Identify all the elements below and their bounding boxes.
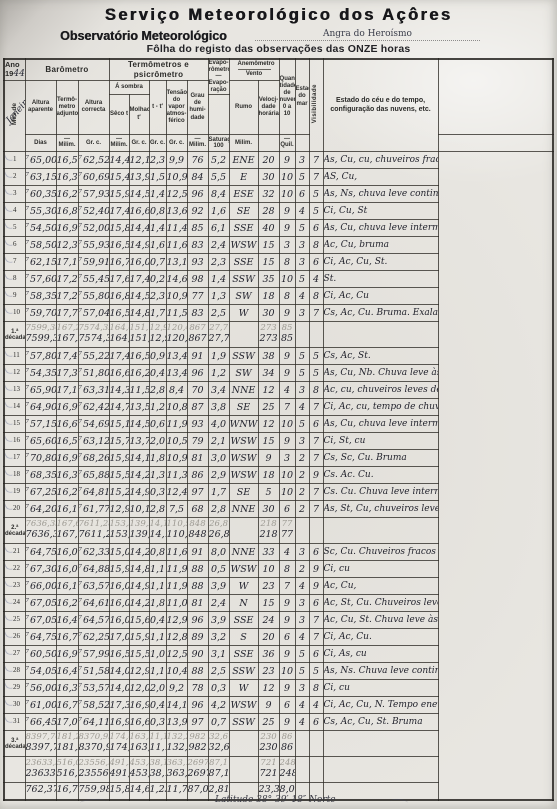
cell-visibilidade: 5 xyxy=(309,186,323,203)
cell-termometro-seco: 14,3 xyxy=(109,382,129,399)
cell-altura-correcta: 755,80 xyxy=(78,288,109,305)
summary-row: 3.ª década8397,708397,70181,2181,28370,9… xyxy=(4,731,553,757)
cell-observacoes: Ac, Cu, St. Chuva leve às 9 h 20 m. xyxy=(323,612,438,629)
cell-tensao-vapor: 12,5 xyxy=(166,186,187,203)
hundreds-digit: 7 xyxy=(26,351,30,357)
cell-altura-aparente: 763,15 xyxy=(25,169,56,186)
cell-rumo-vento xyxy=(229,731,258,757)
cell-observacoes: Cs. Ac. Cu. xyxy=(323,467,438,484)
cell-termometro-adjunto: 16,3 xyxy=(56,169,78,186)
cell-observacoes: Sc, Cu. Chuveiros fracos de chuva. Arco-… xyxy=(323,544,438,561)
cell-estado-mar: 4 xyxy=(295,288,309,305)
cell-observacoes: Ac, Cu, xyxy=(323,578,438,595)
day-cell: 25 xyxy=(4,612,25,629)
day-number: 10 xyxy=(13,308,20,316)
cell-observacoes xyxy=(323,731,438,757)
hundreds-digit: 7 xyxy=(79,419,83,425)
table-row: 17770,8016,9768,2615,914,11,810,9813,0WS… xyxy=(4,450,553,467)
cell-altura-correcta: 755,22 xyxy=(78,348,109,365)
cell-visibilidade: 9 xyxy=(309,467,323,484)
margin-scribble-mark xyxy=(4,561,13,572)
cell-quantidade-nuvens: 9 xyxy=(279,646,295,663)
cell-tensao-vapor: 11,5 xyxy=(166,305,187,322)
wind-direction-header: Rumo xyxy=(229,80,258,134)
cell-altura-aparente: 7599,307599,30 xyxy=(25,322,56,348)
cell-altura-aparente: 765,60 xyxy=(25,433,56,450)
ink-value: 163,5 xyxy=(130,743,149,754)
cell-quantidade-nuvens: 8585 xyxy=(279,322,295,348)
hundreds-digit: 7 xyxy=(26,206,30,212)
table-row: 4755,3016,8752,4017,416,60,813,6921,6SE2… xyxy=(4,203,553,220)
hundreds-digit: 7 xyxy=(26,453,30,459)
cell-altura-correcta: 757,93 xyxy=(78,186,109,203)
day-number: 29 xyxy=(13,683,20,691)
cell-quantidade-nuvens: 9 xyxy=(279,305,295,322)
hundreds-digit: 7 xyxy=(79,453,83,459)
margin-scribble-mark xyxy=(4,578,13,589)
cell-altura-correcta: 754,69 xyxy=(78,416,109,433)
cell-termometro-molhado: 139,2139,2 xyxy=(129,518,149,544)
cell-observacoes: Cs, Ac, Cu. Bruma. Exalações depois das … xyxy=(323,305,438,322)
cell-tensao-vapor: 8,4 xyxy=(166,382,187,399)
hundreds-digit: 7 xyxy=(79,436,83,442)
cell-termometro-molhado: 14,2 xyxy=(129,544,149,561)
cell-tensao-vapor: 363,1363,1 xyxy=(166,757,187,783)
table-row: 15757,1516,6754,6915,114,50,611,9934,0WN… xyxy=(4,416,553,433)
table-body: 1765,0016,5762,5214,412,12,39,9765,2ENE2… xyxy=(4,152,553,800)
day-cell: 30 xyxy=(4,697,25,714)
cell-altura-aparente: 767,25 xyxy=(25,484,56,501)
hundreds-digit: 7 xyxy=(26,240,30,246)
day-cell: 5 xyxy=(4,220,25,237)
day-cell: 20 xyxy=(4,501,25,518)
cell-quantidade-nuvens: 8 xyxy=(279,561,295,578)
cell-altura-correcta: 764,81 xyxy=(78,484,109,501)
margin-scribble-mark xyxy=(4,203,13,214)
cell-grau-humidade: 96 xyxy=(187,697,208,714)
cell-altura-aparente: 760,35 xyxy=(25,186,56,203)
ink-value: 77 xyxy=(280,530,295,541)
cell-altura-aparente: 8397,708397,70 xyxy=(25,731,56,757)
day-cell: 31 xyxy=(4,714,25,731)
cell-t-menos-t: 0,8 xyxy=(149,203,166,220)
humidity-degree-header: Grau de humi- dade xyxy=(187,80,208,134)
cell-altura-correcta: 752,00 xyxy=(78,220,109,237)
cell-termometro-adjunto: 16,4 xyxy=(56,663,78,680)
cell-estado-mar: 3 xyxy=(295,612,309,629)
cell-velocidade-vento: 25 xyxy=(258,399,279,416)
cell-quantidade-nuvens: 7 xyxy=(279,578,295,595)
ink-value: 11,1 xyxy=(150,743,166,754)
unit-milim-2: —Milim. xyxy=(109,135,129,152)
cell-rumo-vento: SSW xyxy=(229,663,258,680)
cell-evaporacao: 26,826,8 xyxy=(208,518,229,544)
cell-estado-mar: 3 xyxy=(295,680,309,697)
cell-grau-humidade: 97 xyxy=(187,714,208,731)
day-cell: 24 xyxy=(4,595,25,612)
margin-scribble-mark xyxy=(4,544,13,555)
cell-termometro-seco: 17,3 xyxy=(109,697,129,714)
cell-velocidade-vento: 30 xyxy=(258,305,279,322)
cell-quantidade-nuvens: 7 xyxy=(279,399,295,416)
cell-estado-mar: 2 xyxy=(295,501,309,518)
cell-quantidade-nuvens: 6 xyxy=(279,501,295,518)
day-cell: 6 xyxy=(4,237,25,254)
cell-evaporacao: 2,9 xyxy=(208,467,229,484)
ink-value: 132,2 xyxy=(167,743,187,754)
cell-t-menos-t: 1,3 xyxy=(149,467,166,484)
cell-altura-correcta: 758,52 xyxy=(78,697,109,714)
cell-evaporacao: 3,4 xyxy=(208,382,229,399)
cell-altura-correcta: 752,40 xyxy=(78,203,109,220)
cell-evaporacao: 3,0 xyxy=(208,450,229,467)
hundreds-digit: 7 xyxy=(26,385,30,391)
cell-rumo-vento: WSW xyxy=(229,467,258,484)
cell-velocidade-vento: 15 xyxy=(258,433,279,450)
cell-observacoes: As, Cu, Nb. Chuva leve às 8 horas xyxy=(323,365,438,382)
hundreds-digit: 7 xyxy=(26,700,30,706)
cell-altura-aparente: 767,30 xyxy=(25,561,56,578)
cell-rumo-vento: SSW xyxy=(229,271,258,288)
cell-termometro-seco: 16,5 xyxy=(109,305,129,322)
cell-termometro-adjunto: 17,4 xyxy=(56,348,78,365)
cell-visibilidade: 8 xyxy=(309,680,323,697)
cell-altura-aparente: 7636,357636,35 xyxy=(25,518,56,544)
cell-altura-correcta: 764,88 xyxy=(78,561,109,578)
cell-estado-mar: 4 xyxy=(295,714,309,731)
cell-grau-humidade: 88 xyxy=(187,663,208,680)
hundreds-digit: 7 xyxy=(79,223,83,229)
cell-termometro-adjunto: 17,2 xyxy=(56,271,78,288)
cell-estado-mar: 3 xyxy=(295,382,309,399)
cell-quantidade-nuvens: 9 xyxy=(279,152,295,169)
hundreds-digit: 7 xyxy=(79,470,83,476)
hundreds-digit: 7 xyxy=(79,717,83,723)
cell-evaporacao: 5,5 xyxy=(208,169,229,186)
cell-evaporacao: 8,0 xyxy=(208,544,229,561)
cell-evaporacao: 3,9 xyxy=(208,578,229,595)
cell-tensao-vapor: 13,9 xyxy=(166,714,187,731)
cell-termometro-seco: 16,7 xyxy=(109,254,129,271)
cell-t-menos-t: 0,3 xyxy=(149,484,166,501)
hundreds-digit: 7 xyxy=(79,547,83,553)
cell-altura-aparente: 765,90 xyxy=(25,382,56,399)
cell-rumo-vento: SE xyxy=(229,484,258,501)
margin-scribble-mark xyxy=(4,450,13,461)
hundreds-digit: 7 xyxy=(79,683,83,689)
day-number: 5 xyxy=(13,223,17,231)
cell-altura-correcta: 755,93 xyxy=(78,237,109,254)
cell-observacoes: As, Cu, chuva leve intermitente xyxy=(323,220,438,237)
unit-milim-1: —Milim. xyxy=(56,135,78,152)
cell-t-menos-t: 1,7 xyxy=(149,305,166,322)
cell-velocidade-vento: 9 xyxy=(258,697,279,714)
cell-visibilidade: 7 xyxy=(309,484,323,501)
table-row: 28754,0516,4751,5814,012,91,110,4882,5SS… xyxy=(4,663,553,680)
cell-tensao-vapor: 12,4 xyxy=(166,484,187,501)
cell-grau-humidade: 88 xyxy=(187,561,208,578)
cell-termometro-adjunto: 167,6167,6 xyxy=(56,518,78,544)
cell-termometro-adjunto: 16,2 xyxy=(56,484,78,501)
table-row: 30761,0016,7758,5217,316,90,414,1964,2WS… xyxy=(4,697,553,714)
table-row: 6758,5012,3755,9316,514,91,611,6832,4WSW… xyxy=(4,237,553,254)
cell-termometro-adjunto: 16,9 xyxy=(56,450,78,467)
cell-evaporacao: 87,187,1 xyxy=(208,757,229,783)
day-cell: 10 xyxy=(4,305,25,322)
cell-velocidade-vento: 34 xyxy=(258,365,279,382)
cell-quantidade-nuvens: 3 xyxy=(279,450,295,467)
day-number: 28 xyxy=(13,666,20,674)
hundreds-digit: 7 xyxy=(26,615,30,621)
margin-scribble-mark xyxy=(4,254,13,265)
ink-value: 7574,32 xyxy=(79,334,109,345)
cell-velocidade-vento: 30 xyxy=(258,501,279,518)
cell-evaporacao: 2,8 xyxy=(208,501,229,518)
cell-altura-aparente: 754,05 xyxy=(25,663,56,680)
day-cell: 23 xyxy=(4,578,25,595)
cell-rumo-vento: ESE xyxy=(229,186,258,203)
cell-tensao-vapor: 10,8 xyxy=(166,399,187,416)
cell-termometro-molhado: 15,6 xyxy=(129,612,149,629)
cell-tensao-vapor: 132,2132,2 xyxy=(166,731,187,757)
cell-t-menos-t: 1,1 xyxy=(149,578,166,595)
margin-scribble-mark xyxy=(4,433,13,444)
cell-altura-correcta: 8370,958370,95 xyxy=(78,731,109,757)
summary-row: 2.ª década7636,357636,35167,6167,67611,2… xyxy=(4,518,553,544)
unit-grc-3: Gr. c. xyxy=(149,135,166,152)
cell-termometro-adjunto: 16,9 xyxy=(56,220,78,237)
cell-termometro-molhado: 14,9 xyxy=(129,237,149,254)
cell-termometro-adjunto: 16,0 xyxy=(56,561,78,578)
latitude-note: Latitude 38° 39′ 18″ Norte xyxy=(215,795,336,805)
margin-scribble-mark xyxy=(4,680,13,691)
hundreds-digit: 7 xyxy=(26,436,30,442)
cell-quantidade-nuvens: 10 xyxy=(279,169,295,186)
cell-observacoes: Ci, Ac, Cu xyxy=(323,288,438,305)
cell-grau-humidade: 86 xyxy=(187,467,208,484)
cell-quantidade-nuvens: 8686 xyxy=(279,731,295,757)
cell-altura-correcta: 759,91 xyxy=(78,254,109,271)
cell-grau-humidade: 90 xyxy=(187,646,208,663)
sea-state-header: Estado do mar xyxy=(295,59,309,135)
cell-estado-mar: 3 xyxy=(295,595,309,612)
cell-visibilidade xyxy=(309,731,323,757)
hundreds-digit: 7 xyxy=(79,666,83,672)
hundreds-digit: 7 xyxy=(79,172,83,178)
cell-termometro-seco: 153,3153,3 xyxy=(109,518,129,544)
day-cell: 1 xyxy=(4,152,25,169)
cell-termometro-seco: 14,0 xyxy=(109,680,129,697)
unit-milim-3: —Milim. xyxy=(187,135,208,152)
cell-t-menos-t: 0,3 xyxy=(149,714,166,731)
cell-visibilidade: 8 xyxy=(309,288,323,305)
cell-observacoes: Ci, Ac, Cu, St. xyxy=(323,254,438,271)
day-number: 24 xyxy=(13,598,20,606)
cell-visibilidade: 5 xyxy=(309,203,323,220)
cell-tensao-vapor: 10,9 xyxy=(166,450,187,467)
cell-termometro-adjunto: 16,1 xyxy=(56,578,78,595)
cell-termometro-seco: 16,0 xyxy=(109,612,129,629)
cell-termometro-adjunto: 16,0 xyxy=(56,544,78,561)
cell-rumo-vento: WNW xyxy=(229,416,258,433)
table-row: 29756,0016,3753,5714,012,02,09,2780,3W12… xyxy=(4,680,553,697)
cell-altura-correcta: 762,42 xyxy=(78,399,109,416)
margin-scribble-mark xyxy=(4,186,13,197)
hundreds-digit: 7 xyxy=(26,189,30,195)
ink-value: 12,9 xyxy=(150,334,166,345)
ink-value: 38,1 xyxy=(150,769,166,780)
day-number: 11 xyxy=(13,351,20,359)
cell-termometro-seco: 15,5 xyxy=(109,467,129,484)
day-cell: 2 xyxy=(4,169,25,186)
cell-quantidade-nuvens: 4 xyxy=(279,544,295,561)
cell-velocidade-vento: 33 xyxy=(258,544,279,561)
cell-grau-humidade: 93 xyxy=(187,254,208,271)
table-row: 2763,1516,3760,6915,413,91,510,9845,5E30… xyxy=(4,169,553,186)
cell-observacoes xyxy=(323,518,438,544)
cell-evaporacao: 1,7 xyxy=(208,484,229,501)
cell-t-menos-t: 0,2 xyxy=(149,271,166,288)
cell-t-menos-t: 1,2 xyxy=(149,399,166,416)
cell-altura-aparente: 762,15 xyxy=(25,254,56,271)
cell-altura-aparente: 759,70 xyxy=(25,305,56,322)
cell-termometro-seco: 17,6 xyxy=(109,271,129,288)
sheet-footer: Latitude 38° 39′ 18″ Norte xyxy=(0,795,557,809)
wind-speed-header: Velocj- dade horária xyxy=(258,80,279,134)
observatory-line: Observatório Meteorológico Angra do Hero… xyxy=(60,27,537,43)
cell-tensao-vapor: 13,4 xyxy=(166,348,187,365)
cell-tensao-vapor: 11,4 xyxy=(166,220,187,237)
cell-observacoes: Ci, Cu, St xyxy=(323,203,438,220)
hundreds-digit: 7 xyxy=(79,504,83,510)
cell-quantidade-nuvens: 10 xyxy=(279,484,295,501)
cell-termometro-seco: 15,9 xyxy=(109,186,129,203)
cell-termometro-molhado: 12,9 xyxy=(129,663,149,680)
hundreds-digit: 7 xyxy=(26,717,30,723)
cell-visibilidade: 7 xyxy=(309,450,323,467)
cell-altura-aparente: 761,00 xyxy=(25,697,56,714)
cell-termometro-seco: 17,0 xyxy=(109,629,129,646)
table-row: 13765,9017,1763,3114,311,52,88,4703,4NNE… xyxy=(4,382,553,399)
cell-estado-mar: 5 xyxy=(295,271,309,288)
cell-evaporacao: 3,2 xyxy=(208,629,229,646)
cell-altura-aparente: 757,15 xyxy=(25,416,56,433)
cell-velocidade-vento: 18 xyxy=(258,467,279,484)
day-cell: 4 xyxy=(4,203,25,220)
hundreds-digit: 7 xyxy=(79,155,83,161)
cell-observacoes: Ci, Ac, Cu. xyxy=(323,629,438,646)
cell-altura-correcta: 768,26 xyxy=(78,450,109,467)
cell-velocidade-vento: 5 xyxy=(258,484,279,501)
cell-grau-humidade: 26972697 xyxy=(187,757,208,783)
cell-quantidade-nuvens: 8 xyxy=(279,254,295,271)
cell-observacoes: Ci, Ac, Cu, N. Tempo enevoado xyxy=(323,697,438,714)
ink-value: 7636,35 xyxy=(26,530,56,541)
cell-evaporacao: 4,2 xyxy=(208,697,229,714)
cell-estado-mar: 5 xyxy=(295,663,309,680)
table-row: 10759,7017,7757,0416,514,81,711,5832,5W3… xyxy=(4,305,553,322)
cell-visibilidade: 7 xyxy=(309,433,323,450)
cell-altura-correcta: 757,04 xyxy=(78,305,109,322)
table-row: 26764,7516,7762,2517,015,91,112,8893,2S2… xyxy=(4,629,553,646)
summary-label xyxy=(4,757,25,783)
margin-scribble-mark xyxy=(4,714,13,725)
cell-rumo-vento xyxy=(229,518,258,544)
ink-value: 453,8 xyxy=(130,769,149,780)
cell-velocidade-vento: 273273 xyxy=(258,322,279,348)
cell-altura-aparente: 765,00 xyxy=(25,152,56,169)
margin-scribble-mark xyxy=(4,501,13,512)
hundreds-digit: 7 xyxy=(26,155,30,161)
cell-visibilidade: 7 xyxy=(309,305,323,322)
cell-altura-correcta: 762,52 xyxy=(78,152,109,169)
ink-value: 2697 xyxy=(188,769,208,780)
cell-altura-aparente: 754,50 xyxy=(25,220,56,237)
ink-value: 218 xyxy=(259,530,279,541)
cell-altura-aparente: 757,60 xyxy=(25,271,56,288)
cell-quantidade-nuvens: 7777 xyxy=(279,518,295,544)
hundreds-digit: 7 xyxy=(79,240,83,246)
in-shade-header: Á sombra xyxy=(109,80,149,94)
cell-velocidade-vento: 28 xyxy=(258,203,279,220)
cell-velocidade-vento: 25 xyxy=(258,714,279,731)
day-cell: 29 xyxy=(4,680,25,697)
cell-velocidade-vento: 218218 xyxy=(258,518,279,544)
cell-t-menos-t: 1,6 xyxy=(149,237,166,254)
day-number: 4 xyxy=(13,206,17,214)
cell-altura-correcta: 755,45 xyxy=(78,271,109,288)
evaporimeter-header: Evapo- rômetro — Evapo- ração xyxy=(208,59,229,95)
cell-tensao-vapor: 14,1 xyxy=(166,697,187,714)
day-cell: 7 xyxy=(4,254,25,271)
cell-t-menos-t: 2,0 xyxy=(149,433,166,450)
cell-quantidade-nuvens: 9 xyxy=(279,612,295,629)
cell-velocidade-vento: 32 xyxy=(258,186,279,203)
cell-visibilidade xyxy=(309,322,323,348)
cell-termometro-molhado: 12,1 xyxy=(129,152,149,169)
t-minus-t-header: t - t′ xyxy=(149,80,166,134)
cell-grau-humidade: 87 xyxy=(187,399,208,416)
evaporimeter-continued xyxy=(208,95,229,135)
cell-altura-aparente: 768,35 xyxy=(25,467,56,484)
cell-estado-mar xyxy=(295,518,309,544)
cell-t-menos-t: 2,3 xyxy=(149,152,166,169)
cell-observacoes: Ci, As, cu xyxy=(323,646,438,663)
day-cell: 28 xyxy=(4,663,25,680)
cell-grau-humidade: 68 xyxy=(187,501,208,518)
ink-value: 23633,35 xyxy=(26,769,56,780)
margin-scribble-mark xyxy=(4,629,13,640)
cell-quantidade-nuvens: 3 xyxy=(279,237,295,254)
cell-estado-mar: 5 xyxy=(295,220,309,237)
hundreds-digit: 7 xyxy=(79,368,83,374)
hundreds-digit: 7 xyxy=(79,581,83,587)
margin-scribble-mark xyxy=(4,271,13,282)
cell-estado-mar: 2 xyxy=(295,484,309,501)
cell-altura-aparente: 754,35 xyxy=(25,365,56,382)
day-cell: 8 xyxy=(4,271,25,288)
unit-grc-1: Gr. c. xyxy=(78,135,109,152)
cell-observacoes: Ci, St, cu xyxy=(323,433,438,450)
cell-grau-humidade: 85 xyxy=(187,220,208,237)
cell-quantidade-nuvens: 248248 xyxy=(279,757,295,783)
cell-rumo-vento: WSW xyxy=(229,433,258,450)
cell-rumo-vento: SW xyxy=(229,365,258,382)
cell-termometro-molhado: 14,1 xyxy=(129,450,149,467)
cell-termometro-molhado: 14,9 xyxy=(129,484,149,501)
cell-observacoes xyxy=(323,322,438,348)
cell-grau-humidade: 91 xyxy=(187,544,208,561)
